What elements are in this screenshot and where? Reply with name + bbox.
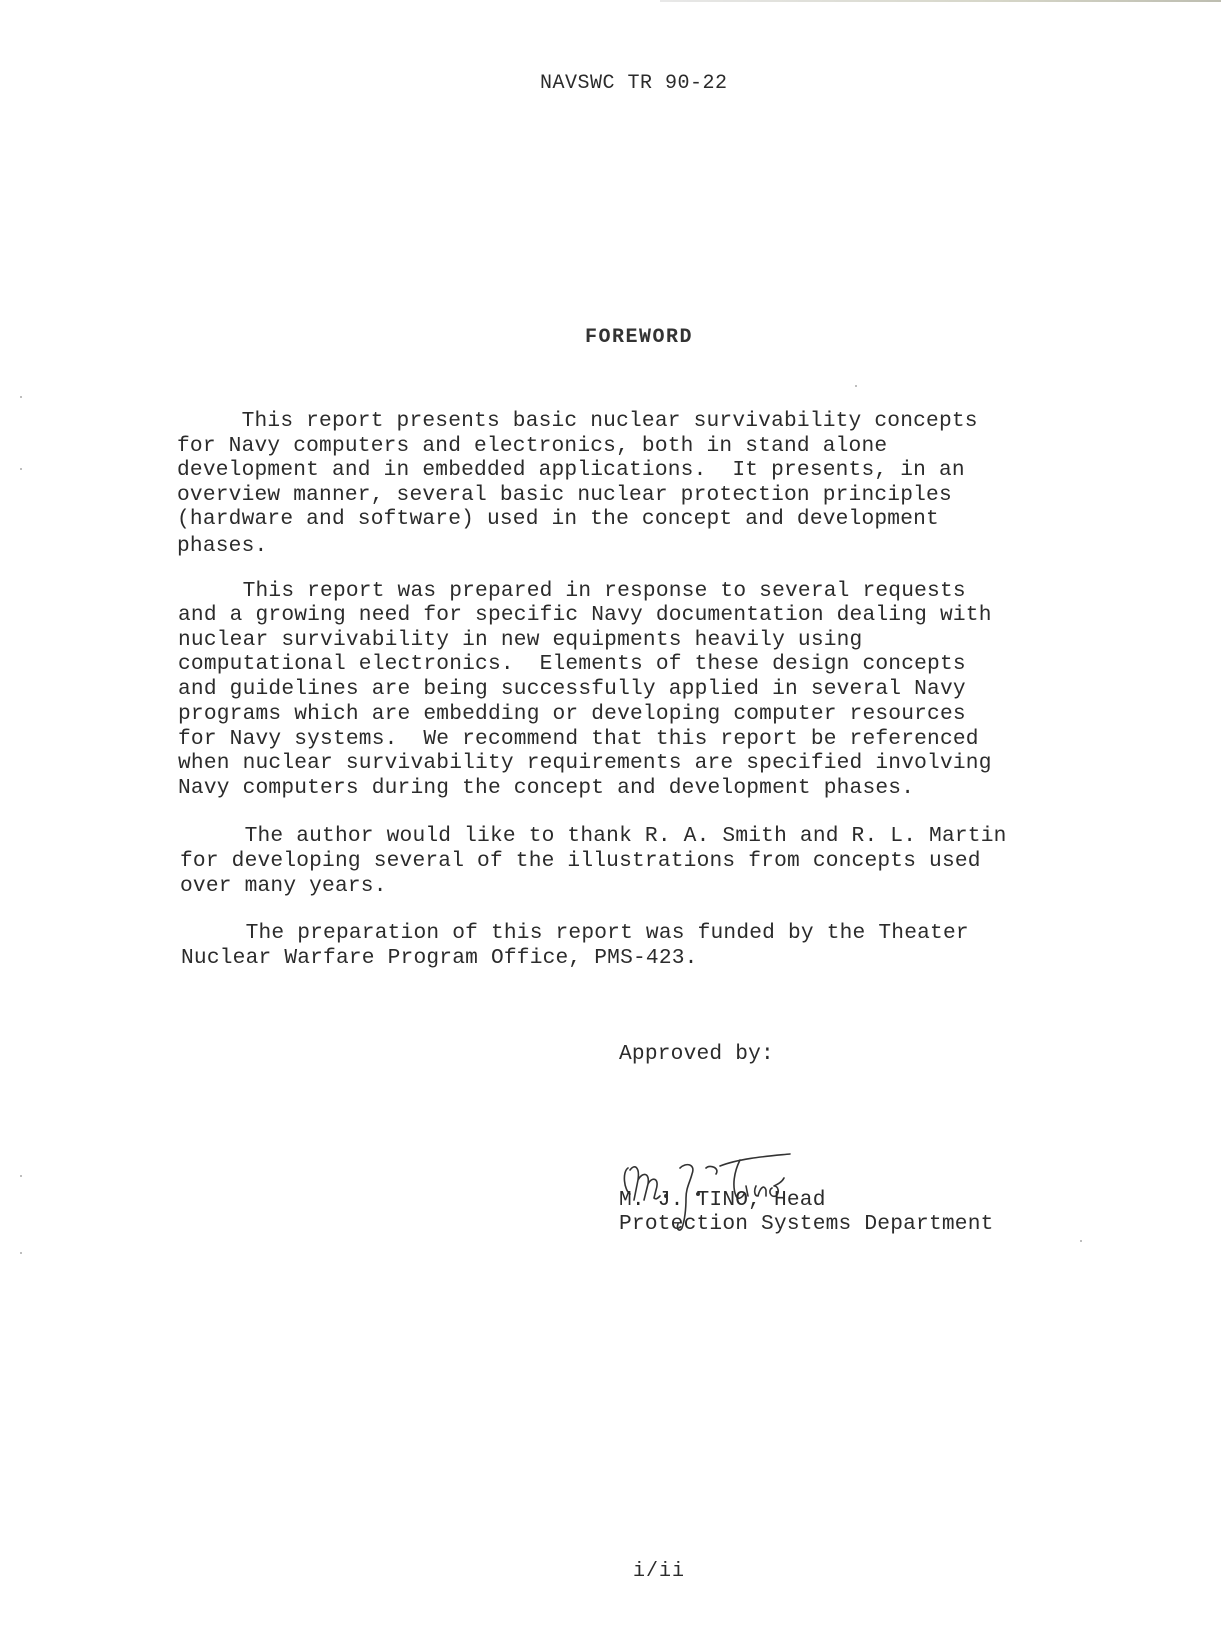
text-line: This report was prepared in response to … [178,579,966,603]
text-line: and guidelines are being successfully ap… [178,677,966,701]
scan-speck [20,468,22,470]
text-line: The author would like to thank R. A. Smi… [180,824,1007,848]
text-line: nuclear survivability in new equipments … [178,628,862,652]
text-line: when nuclear survivability requirements … [178,751,992,775]
scan-speck [1080,1240,1082,1242]
text-line: for Navy computers and electronics, both… [177,434,887,458]
text-line: development and in embedded applications… [177,458,965,482]
text-line: computational electronics. Elements of t… [178,652,966,676]
scan-speck [20,1175,22,1177]
text-line: and a growing need for specific Navy doc… [178,603,992,627]
text-line: (hardware and software) used in the conc… [177,507,939,531]
text-line: programs which are embedding or developi… [178,702,966,726]
text-line: Navy computers during the concept and de… [178,776,914,800]
approver-department: Protection Systems Department [619,1212,994,1236]
text-line: phases. [177,534,267,558]
text-line: overview manner, several basic nuclear p… [177,483,952,507]
page-number: i/ii [633,1560,685,1583]
approver-name: M. J. TINO, Head [619,1188,826,1212]
text-line: Nuclear Warfare Program Office, PMS-423. [181,946,698,970]
scan-speck [20,1252,22,1254]
page-title: FOREWORD [585,326,693,349]
text-line: for developing several of the illustrati… [180,849,981,873]
text-line: The preparation of this report was funde… [181,921,969,945]
text-line: for Navy systems. We recommend that this… [178,727,979,751]
scan-speck [855,385,857,387]
approved-by-label: Approved by: [619,1042,774,1066]
report-number: NAVSWC TR 90-22 [540,72,728,95]
text-line: This report presents basic nuclear survi… [177,409,978,433]
text-line: over many years. [180,874,387,898]
scan-speck [20,396,22,398]
scan-edge [660,0,1221,2]
